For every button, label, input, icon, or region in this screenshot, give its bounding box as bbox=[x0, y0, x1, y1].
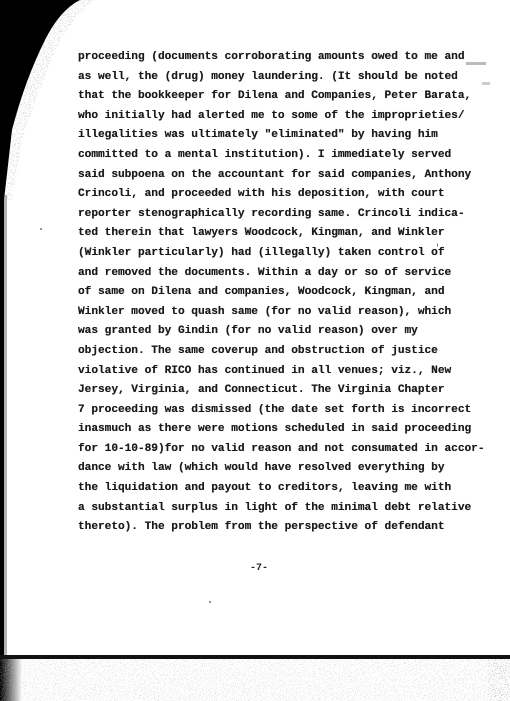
document-body: proceeding (documents corroborating amou… bbox=[78, 48, 498, 538]
text-line: that the bookkeeper for Dilena and Compa… bbox=[78, 87, 498, 107]
text-line: thereto). The problem from the perspecti… bbox=[78, 518, 498, 538]
text-line: of same on Dilena and companies, Woodcoc… bbox=[78, 283, 498, 303]
text-line: Jersey, Virginia, and Connecticut. The V… bbox=[78, 381, 498, 401]
text-line: as well, the (drug) money laundering. (I… bbox=[78, 68, 498, 88]
text-line: inasmuch as there were motions scheduled… bbox=[78, 420, 498, 440]
text-line: for 10-10-89)for no valid reason and not… bbox=[78, 440, 498, 460]
text-line: dance with law (which would have resolve… bbox=[78, 459, 498, 479]
text-line: illegalities was ultimately "eliminated"… bbox=[78, 126, 498, 146]
scan-speck bbox=[40, 228, 42, 230]
text-line: (Winkler particularly) had (illegally) t… bbox=[78, 244, 498, 264]
text-line: a substantial surplus in light of the mi… bbox=[78, 499, 498, 519]
text-line: proceeding (documents corroborating amou… bbox=[78, 48, 498, 68]
text-line: ted therein that lawyers Woodcock, Kingm… bbox=[78, 224, 498, 244]
text-line: violative of RICO has continued in all v… bbox=[78, 362, 498, 382]
text-line: said subpoena on the accountant for said… bbox=[78, 166, 498, 186]
text-line: Winkler moved to quash same (for no vali… bbox=[78, 303, 498, 323]
text-line: Crincoli, and proceeded with his deposit… bbox=[78, 185, 498, 205]
scan-speck bbox=[209, 601, 211, 603]
text-line: was granted by Gindin (for no valid reas… bbox=[78, 322, 498, 342]
page-number: -7- bbox=[250, 563, 268, 574]
scan-speck bbox=[482, 82, 490, 85]
text-line: who initially had alerted me to some of … bbox=[78, 107, 498, 127]
scan-speck bbox=[466, 62, 486, 65]
text-line: objection. The same coverup and obstruct… bbox=[78, 342, 498, 362]
text-line: the liquidation and payout to creditors,… bbox=[78, 479, 498, 499]
scanned-page: proceeding (documents corroborating amou… bbox=[0, 0, 510, 701]
scan-speck bbox=[437, 243, 438, 247]
text-line: committed to a mental institution). I im… bbox=[78, 146, 498, 166]
text-line: reporter stenographically recording same… bbox=[78, 205, 498, 225]
text-line: 7 proceeding was dismissed (the date set… bbox=[78, 401, 498, 421]
text-line: and removed the documents. Within a day … bbox=[78, 264, 498, 284]
